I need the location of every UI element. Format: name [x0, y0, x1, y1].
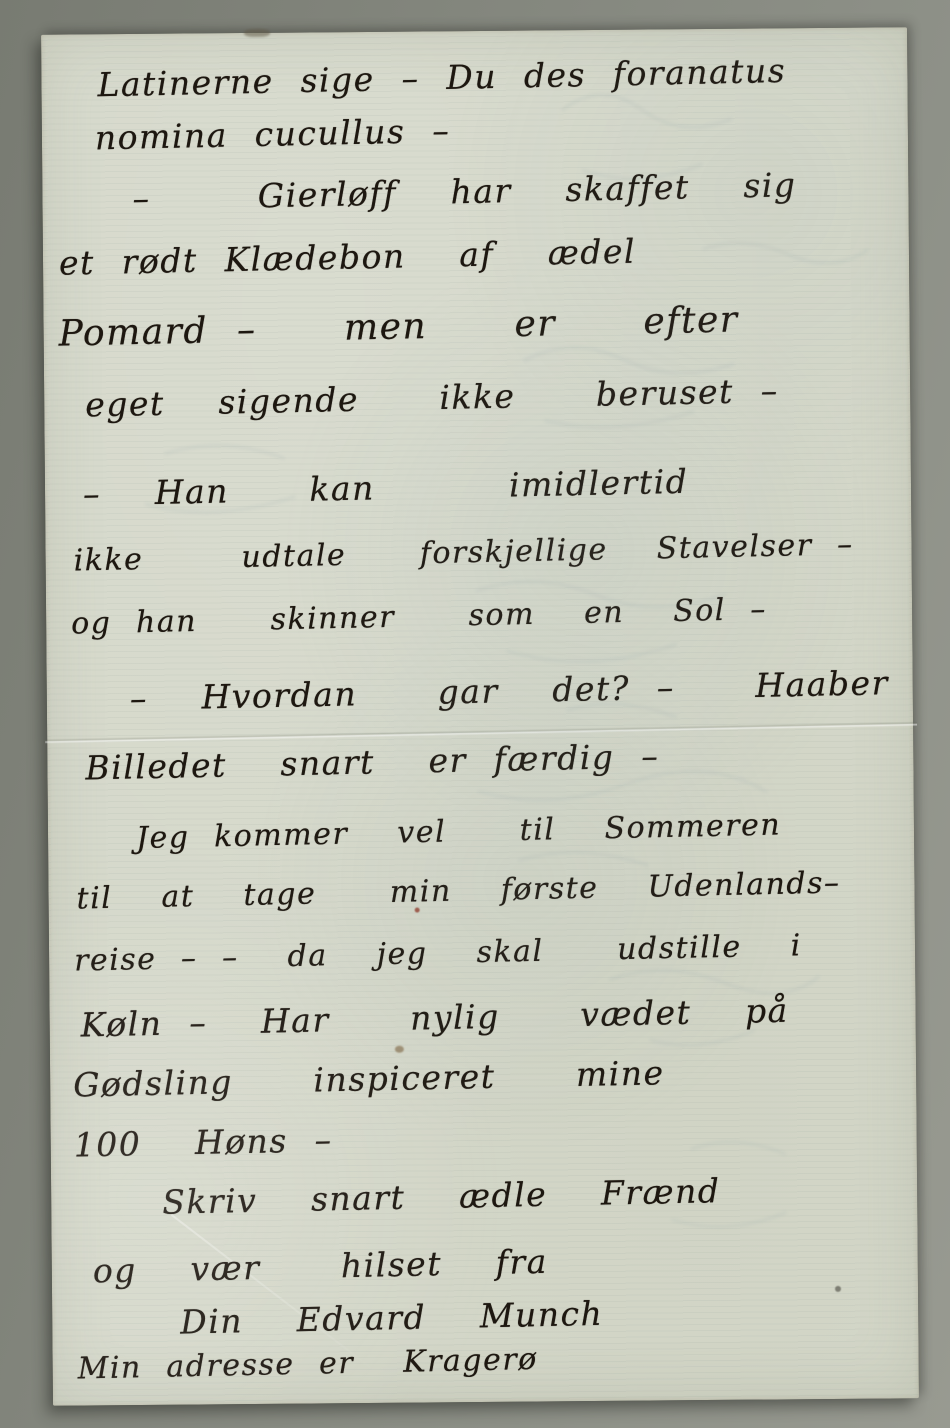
letter-text-layer: Latinerne sige – Du des foranatusnomina … [41, 27, 919, 1406]
handwriting-line-17: 100 Høns – [73, 1120, 333, 1164]
handwriting-line-20: Din Edvard Munch [180, 1294, 604, 1342]
handwriting-line-16: Gødsling inspiceret mine [73, 1053, 665, 1104]
handwriting-line-7: – Han kan imidlertid [83, 462, 689, 514]
handwriting-line-13: til at tage min første Udenlands– [76, 866, 841, 917]
handwriting-line-4: et rødt Klædebon af ædel [59, 232, 637, 283]
handwriting-line-21: Min adresse er Kragerø [77, 1342, 538, 1387]
handwriting-line-15: Køln – Har nylig vædet på [80, 991, 789, 1045]
handwriting-line-1: Latinerne sige – Du des foranatus [97, 51, 786, 104]
handwriting-line-8: ikke udtale forskjellige Stavelser – [73, 527, 854, 578]
handwriting-line-11: Billedet snart er færdig – [85, 736, 660, 787]
handwriting-line-19: og vær hilset fra [92, 1242, 548, 1291]
handwriting-line-18: Skriv snart ædle Frænd [162, 1171, 721, 1222]
scanned-letter-page: { "page": { "background_color": "#83867d… [0, 0, 950, 1428]
handwriting-line-3: – Gierløff har skaffet sig [132, 165, 797, 218]
handwriting-line-12: Jeg kommer vel til Sommeren [136, 807, 782, 856]
handwriting-line-5: Pomard – men er efter [58, 299, 739, 354]
letter-paper: Latinerne sige – Du des foranatusnomina … [41, 27, 919, 1406]
handwriting-line-9: og han skinner som en Sol – [71, 592, 767, 642]
handwriting-line-6: eget sigende ikke beruset – [85, 371, 779, 425]
handwriting-line-2: nomina cucullus – [95, 111, 451, 157]
handwriting-line-10: – Hvordan gar det? – Haaber [129, 663, 889, 718]
handwriting-line-14: reise – – da jeg skal udstille i [74, 928, 802, 978]
